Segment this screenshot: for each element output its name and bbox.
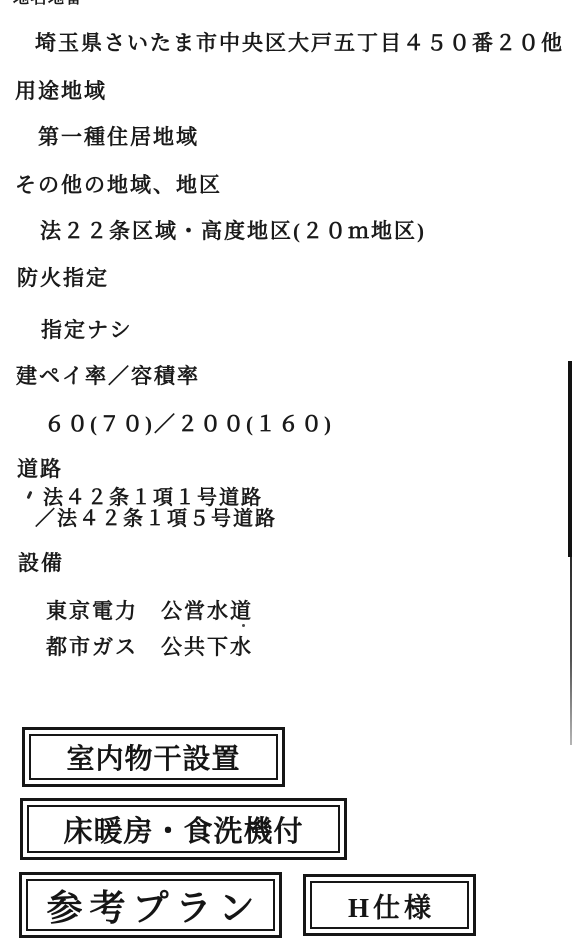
- stamp-box-h-spec: H仕様: [303, 874, 476, 936]
- stamp-box-reference-plan-inner: 参考プラン: [26, 879, 275, 931]
- zoning-value: 第一種住居地域: [38, 125, 199, 150]
- stamp-box-floor-heating: 床暖房・食洗機付: [20, 798, 347, 860]
- utilities-value-line1: 東京電力 公営水道: [46, 599, 253, 624]
- stamp-indoor-drying-label: 室内物干設置: [66, 737, 240, 777]
- scan-speck-tick: [27, 491, 33, 500]
- utilities-value-line2: 都市ガス 公共下水: [46, 635, 253, 660]
- zoning-header: 用途地域: [15, 79, 107, 103]
- other-area-value: 法２２条区域・高度地区(２０ｍ地区): [40, 219, 426, 244]
- stamp-box-reference-plan: 参考プラン: [19, 872, 282, 938]
- road-value-line1: 法４２条１項１号道路: [43, 488, 263, 509]
- road-header: 道路: [17, 457, 63, 481]
- coverage-ratio-value: ６０(７０)／２００(１６０): [44, 412, 333, 437]
- road-value-line2: ／法４２条１項５号道路: [35, 509, 277, 530]
- fire-prevention-header: 防火指定: [17, 266, 109, 290]
- right-table-border-thick: [568, 361, 572, 557]
- property-document-page: 地名地番 埼玉県さいたま市中央区大戸五丁目４５０番２０他 用途地域 第一種住居地…: [0, 0, 576, 942]
- stamp-box-indoor-drying-inner: 室内物干設置: [29, 734, 278, 780]
- stamp-floor-heating-label: 床暖房・食洗機付: [63, 809, 303, 850]
- scan-speck-dot: [242, 624, 245, 627]
- other-area-header: その他の地域、地区: [15, 173, 222, 197]
- stamp-h-spec-label: H仕様: [344, 886, 435, 925]
- stamp-reference-plan-label: 参考プラン: [39, 880, 261, 931]
- fire-prevention-value: 指定ナシ: [41, 318, 133, 343]
- stamp-box-floor-heating-inner: 床暖房・食洗機付: [27, 805, 340, 853]
- lot-number-value: 埼玉県さいたま市中央区大戸五丁目４５０番２０他: [35, 31, 564, 56]
- utilities-header: 設備: [18, 551, 64, 575]
- coverage-ratio-header: 建ペイ率／容積率: [16, 364, 200, 388]
- lot-number-header: 地名地番: [13, 0, 83, 7]
- stamp-box-indoor-drying: 室内物干設置: [22, 727, 285, 787]
- right-table-border-thin: [570, 557, 572, 745]
- stamp-box-h-spec-inner: H仕様: [310, 881, 469, 929]
